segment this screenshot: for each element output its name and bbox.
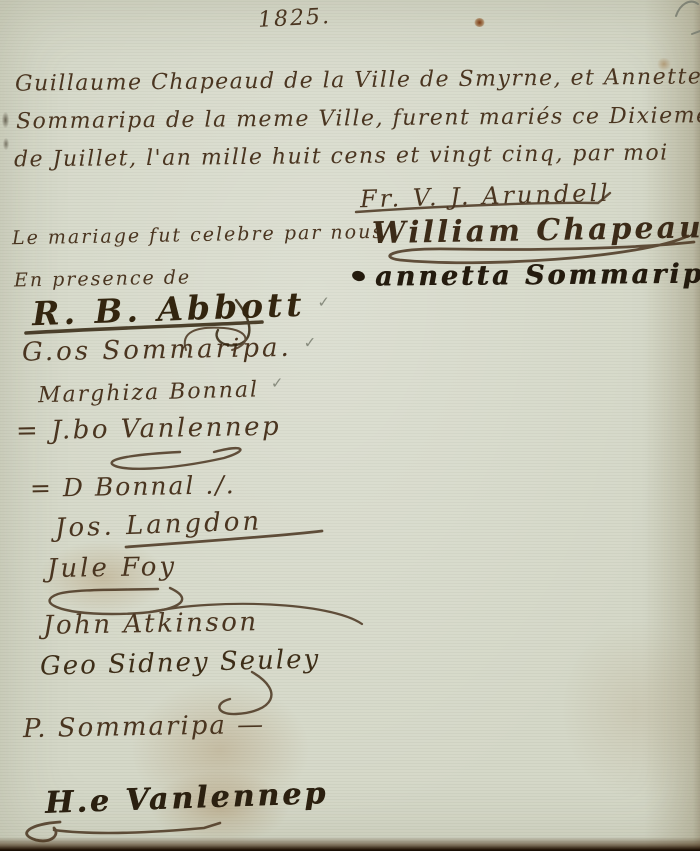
flourish-stroke <box>219 672 271 714</box>
stain <box>560 620 700 800</box>
bride-signature: annetta Sommaripa <box>375 260 700 290</box>
officiant-signature: Fr. V. J. Arundell <box>360 181 611 212</box>
witness-note: En presence de <box>14 268 192 290</box>
flourish-stroke <box>54 823 220 833</box>
page-bottom-edge <box>0 837 700 851</box>
pencil-mark-icon <box>676 2 698 16</box>
body-line: de Juillet, l'an mille huit cens et ving… <box>14 143 669 172</box>
pencil-check-icon: ✓ <box>317 293 330 311</box>
witness-signature-foy: Jule Foy <box>47 554 178 582</box>
stain <box>474 18 485 27</box>
witness-signature-g-sommaripa: G.os Sommaripa.✓ <box>22 334 317 365</box>
witness-signature-d-bonnal: = D Bonnal ./. <box>30 472 236 501</box>
swash-stroke <box>112 448 241 469</box>
witness-signature-abbott: R. B. Abbott✓ <box>32 287 331 330</box>
witness-signature-vanlennep-2: H.e Vanlennep <box>45 779 329 819</box>
year-label: 1825. <box>257 6 331 32</box>
pencil-check-icon: ✓ <box>304 333 317 351</box>
pencil-mark-icon <box>692 31 700 34</box>
body-line: Sommaripa de la meme Ville, furent marié… <box>16 105 700 134</box>
body-line: Guillaume Chapeaud de la Ville de Smyrne… <box>15 66 700 95</box>
stain <box>2 112 9 128</box>
witness-signature-p-sommaripa: P. Sommaripa — <box>23 712 266 742</box>
witness-signature-seuley: Geo Sidney Seuley <box>40 646 321 679</box>
document-page: 1825. Guillaume Chapeaud de la Ville de … <box>0 0 700 851</box>
witness-signature-langdon: Jos. Langdon <box>55 508 263 541</box>
witness-signature-marghiza-bonnal: Marghiza Bonnal✓ <box>38 376 284 407</box>
witness-signature-vanlennep-1: = J.bo Vanlennep <box>16 414 282 445</box>
stain <box>3 138 9 150</box>
ceremony-note: Le mariage fut celebre par nous <box>12 223 384 248</box>
ink-blot <box>351 269 366 283</box>
groom-signature: William Chapeaud <box>372 213 700 249</box>
witness-signature-atkinson: John Atkinson <box>43 609 259 639</box>
pencil-check-icon: ✓ <box>271 374 284 392</box>
